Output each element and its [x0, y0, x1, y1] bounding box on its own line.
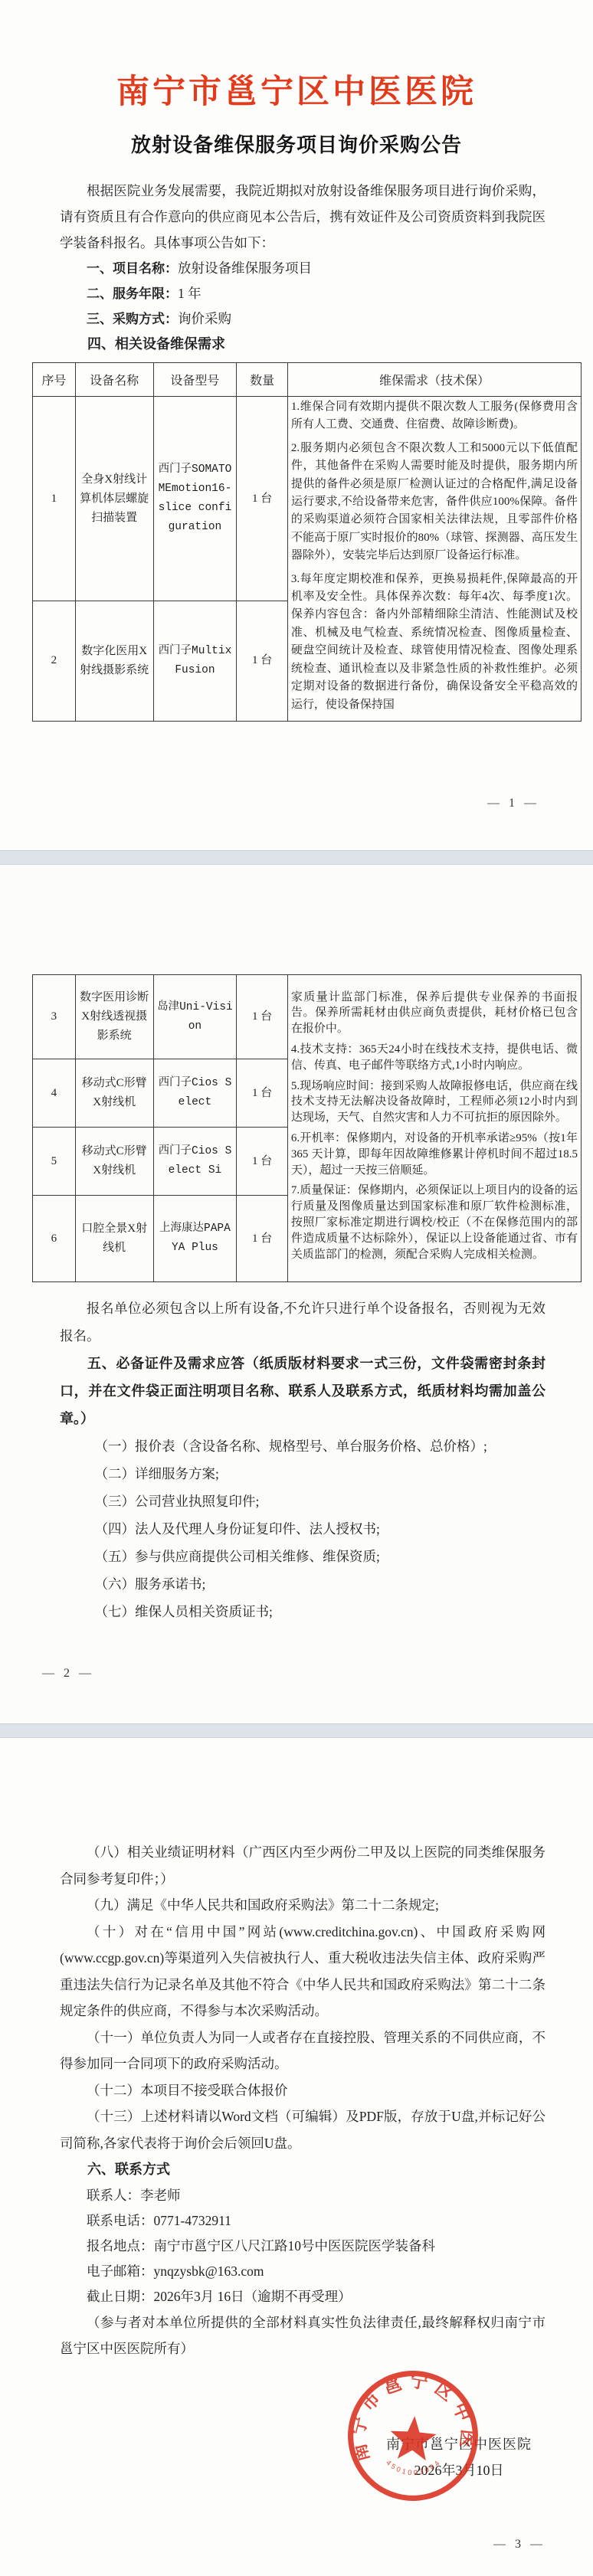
row1-index: 1 [33, 397, 76, 601]
row3-model: 岛津Uni-Vision [153, 975, 237, 1059]
requirement-paragraph: 2.服务期内必须包含不限次数人工和5000元以下低值配件，其他备件在采购人需要时… [291, 440, 578, 565]
page-number-1: — 1 — [487, 797, 539, 810]
requirement-paragraph: 4.技术支持：365天24小时在线技术支持，提供电话、微信、传真、电子邮件等联络… [291, 1042, 578, 1074]
required-doc-item-2: （二）详细服务方案; [60, 1460, 545, 1488]
item-project-name: 一、项目名称：放射设备维保服务项目 [60, 256, 545, 281]
row6-qty: 1 台 [237, 1196, 288, 1282]
required-doc-item-12: （十二）本项目不接受联合体报价 [60, 2077, 545, 2104]
contact-person: 联系人：李老师 [60, 2183, 545, 2208]
seal-code-text: 4501003004 [385, 2453, 444, 2479]
svg-text:4501003004: 4501003004 [385, 2453, 444, 2479]
required-doc-item-9: （九）满足《中华人民共和国政府采购法》第二十二条规定; [60, 1892, 545, 1919]
seal-rim-text: 南宁市邕宁区中医医院 [338, 2361, 480, 2470]
row5-model: 西门子Cios Select Si [153, 1128, 237, 1196]
row2-equipment-name: 数字化医用X射线摄影系统 [75, 601, 153, 722]
equipment-table-page1: 序号 设备名称 设备型号 数量 维保需求（技术保） 1 全身X射线计算机体层螺旋… [32, 362, 582, 722]
table-row: 3 数字医用诊断X射线透视摄影系统 岛津Uni-Vision 1 台 家质量计监… [33, 975, 582, 1059]
section5-heading: 五、必备证件及需求应答（纸质版材料要求一式三份，文件袋需密封条封口，并在文件袋正… [60, 1350, 545, 1432]
row6-model: 上海康达PAPAYA Plus [153, 1196, 237, 1282]
requirement-paragraph: 家质量计监部门标准，保养后提供专业保养的书面报告。保养所需耗材由供应商负责提供，… [291, 990, 578, 1037]
registration-note: 报名单位必须包含以上所有设备,不允许只进行单个设备报名，否则视为无效报名。 [60, 1295, 545, 1350]
required-doc-item-5: （五）参与供应商提供公司相关维修、维保资质; [60, 1543, 545, 1570]
row5-equipment-name: 移动式C形臂X射线机 [75, 1128, 153, 1196]
page1-body: 根据医院业务发展需要，我院近期拟对放射设备维保服务项目进行询价采购，请有资质且有… [0, 178, 593, 356]
page-number-2: — 2 — [42, 1667, 94, 1681]
required-doc-item-4: （四）法人及代理人身份证复印件、法人授权书; [60, 1515, 545, 1543]
row5-index: 5 [33, 1128, 76, 1196]
requirement-paragraph: 6.开机率：保修期内，对设备的开机率承诺≥95%（按1年365 天计算，即每年因… [291, 1131, 578, 1178]
deadline-line: 截止日期：2026年3月 16日（逾期不再受理） [60, 2284, 545, 2309]
item-procurement-method: 三、采购方式：询价采购 [60, 306, 545, 332]
contact-email: 电子邮箱：ynqzysbk@163.com [60, 2259, 545, 2284]
table-row: 1 全身X射线计算机体层螺旋扫描装置 西门子SOMATOMEmotion16-s… [33, 397, 582, 601]
row5-qty: 1 台 [237, 1128, 288, 1196]
seal-star-icon [388, 2414, 437, 2461]
requirements-cell-page1: 1.维保合同有效期内提供不限次数人工服务(保修费用含所有人工费、交通费、住宿费、… [287, 397, 581, 722]
required-doc-item-1: （一）报价表（含设备名称、规格型号、单台服务价格、总价格）; [60, 1432, 545, 1460]
requirement-paragraph: 3.每年度定期校准和保养，更换易损耗件,保障最高的开机率及安全性。具体保养次数：… [291, 571, 578, 714]
col-header-index: 序号 [33, 363, 76, 397]
col-header-qty: 数量 [237, 363, 288, 397]
row1-equipment-name: 全身X射线计算机体层螺旋扫描装置 [75, 397, 153, 601]
item-service-years-value: 1 年 [178, 286, 201, 301]
item-project-name-value: 放射设备维保服务项目 [178, 260, 312, 276]
announcement-document: 南宁市邕宁区中医医院 放射设备维保服务项目询价采购公告 根据医院业务发展需要，我… [0, 0, 593, 2576]
hospital-title: 南宁市邕宁区中医医院 [0, 66, 593, 113]
page2-body: 报名单位必须包含以上所有设备,不允许只进行单个设备报名，否则视为无效报名。 五、… [0, 1295, 593, 1625]
col-header-requirements: 维保需求（技术保） [287, 363, 581, 397]
row2-qty: 1 台 [237, 601, 288, 722]
official-red-seal: 南宁市邕宁区中医医院 4501003004 [338, 2361, 488, 2511]
row6-index: 6 [33, 1196, 76, 1282]
row4-qty: 1 台 [237, 1059, 288, 1128]
section6-heading: 六、联系方式 [60, 2156, 545, 2183]
svg-text:南宁市邕宁区中医医院: 南宁市邕宁区中医医院 [338, 2361, 480, 2470]
required-doc-item-7: （七）维保人员相关资质证书; [60, 1598, 545, 1625]
page-2: 3 数字医用诊断X射线透视摄影系统 岛津Uni-Vision 1 台 家质量计监… [0, 865, 593, 1723]
contact-address: 报名地点：南宁市邕宁区八尺江路10号中医医院医学装备科 [60, 2234, 545, 2259]
requirement-paragraph: 7.质量保证：保修期内，必须保证以上项目内的设备的运行质量及图像质量达到国家标准… [291, 1183, 578, 1262]
section4-heading: 四、相关设备维保需求 [60, 332, 545, 356]
requirement-paragraph: 5.现场响应时间：接到采购人故障报修电话，供应商在线技术支持无法解决设备故障时，… [291, 1079, 578, 1126]
required-doc-item-3: （三）公司营业执照复印件; [60, 1488, 545, 1515]
row2-index: 2 [33, 601, 76, 722]
announcement-subtitle: 放射设备维保服务项目询价采购公告 [0, 129, 593, 158]
required-doc-item-10: （十）对在“信用中国”网站(www.creditchina.gov.cn)、中国… [60, 1919, 545, 2024]
page-separator [0, 1723, 593, 1738]
requirement-paragraph: 1.维保合同有效期内提供不限次数人工服务(保修费用含所有人工费、交通费、住宿费、… [291, 398, 578, 434]
row4-index: 4 [33, 1059, 76, 1128]
required-doc-item-6: （六）服务承诺书; [60, 1570, 545, 1598]
col-header-model: 设备型号 [153, 363, 237, 397]
contact-phone: 联系电话：0771-4732911 [60, 2208, 545, 2234]
row3-index: 3 [33, 975, 76, 1059]
row2-model: 西门子Multix Fusion [153, 601, 237, 722]
row6-equipment-name: 口腔全景X射线机 [75, 1196, 153, 1282]
page3-body: （八）相关业绩证明材料（广西区内至少两份二甲及以上医院的同类维保服务合同参考复印… [0, 1738, 593, 2362]
item-procurement-method-label: 三、采购方式： [87, 312, 178, 326]
col-header-name: 设备名称 [75, 363, 153, 397]
required-doc-item-13: （十三）上述材料请以Word文档（可编辑）及PDF版，存放于U盘,并标记好公司简… [60, 2103, 545, 2156]
item-service-years: 二、服务年限：1 年 [60, 281, 545, 306]
intro-paragraph: 根据医院业务发展需要，我院近期拟对放射设备维保服务项目进行询价采购，请有资质且有… [60, 178, 545, 256]
row1-qty: 1 台 [237, 397, 288, 601]
required-doc-item-8: （八）相关业绩证明材料（广西区内至少两份二甲及以上医院的同类维保服务合同参考复印… [60, 1839, 545, 1892]
required-doc-item-11: （十一）单位负责人为同一人或者存在直接控股、管理关系的不同供应商，不得参加同一合… [60, 2024, 545, 2077]
page-separator [0, 850, 593, 865]
page-1: 南宁市邕宁区中医医院 放射设备维保服务项目询价采购公告 根据医院业务发展需要，我… [0, 0, 593, 850]
row4-equipment-name: 移动式C形臂X射线机 [75, 1059, 153, 1128]
disclaimer-paragraph: （参与者对本单位所提供的全部材料真实性负法律责任,最终解释权归南宁市邕宁区中医医… [60, 2309, 545, 2362]
row3-equipment-name: 数字医用诊断X射线透视摄影系统 [75, 975, 153, 1059]
row1-model: 西门子SOMATOMEmotion16-slice configuration [153, 397, 237, 601]
item-procurement-method-value: 询价采购 [178, 311, 231, 326]
page-number-3: — 3 — [493, 2538, 545, 2551]
table-header-row: 序号 设备名称 设备型号 数量 维保需求（技术保） [33, 363, 582, 397]
row4-model: 西门子Cios Select [153, 1059, 237, 1128]
row3-qty: 1 台 [237, 975, 288, 1059]
equipment-table-page2: 3 数字医用诊断X射线透视摄影系统 岛津Uni-Vision 1 台 家质量计监… [32, 974, 582, 1282]
item-project-name-label: 一、项目名称： [87, 261, 178, 276]
requirements-cell-page2: 家质量计监部门标准，保养后提供专业保养的书面报告。保养所需耗材由供应商负责提供，… [287, 975, 581, 1282]
page-3: （八）相关业绩证明材料（广西区内至少两份二甲及以上医院的同类维保服务合同参考复印… [0, 1738, 593, 2576]
item-service-years-label: 二、服务年限： [87, 286, 178, 301]
